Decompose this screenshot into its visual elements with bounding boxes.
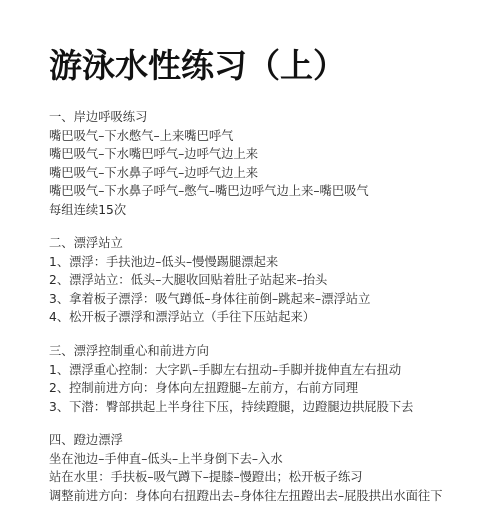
section-line: 3、拿着板子漂浮：吸气蹲低–身体往前倒–跳起来–漂浮站立 [49, 290, 370, 309]
section-line: 调整前进方向：身体向右扭蹬出去–身体往左扭蹬出去–屁股拱出水面往下 [49, 487, 443, 506]
section-float-control: 三、漂浮控制重心和前进方向 1、漂浮重心控制：大字趴–手脚左右扭动–手脚并拢伸直… [49, 342, 413, 416]
section-line: 2、控制前进方向：身体向左扭蹬腿–左前方，右前方同理 [49, 379, 413, 398]
section-line: 1、漂浮重心控制：大字趴–手脚左右扭动–手脚并拢伸直左右扭动 [49, 361, 413, 380]
section-push-off-float: 四、蹬边漂浮 坐在池边–手伸直–低头–上半身倒下去–入水 站在水里：手扶板–吸气… [49, 431, 443, 505]
page-title: 游泳水性练习（上） [49, 46, 346, 86]
section-shore-breathing: 一、岸边呼吸练习 嘴巴吸气–下水憋气–上来嘴巴呼气 嘴巴吸气–下水嘴巴呼气–边呼… [49, 108, 369, 220]
section-line: 嘴巴吸气–下水鼻子呼气–边呼气边上来 [49, 164, 369, 183]
section-line: 1、漂浮：手扶池边–低头–慢慢踢腿漂起来 [49, 253, 370, 272]
section-line: 3、下潜：臀部拱起上半身往下压，持续蹬腿，边蹬腿边拱屁股下去 [49, 398, 413, 417]
section-line: 坐在池边–手伸直–低头–上半身倒下去–入水 [49, 450, 443, 469]
document-page: 游泳水性练习（上） 一、岸边呼吸练习 嘴巴吸气–下水憋气–上来嘴巴呼气 嘴巴吸气… [0, 0, 500, 528]
section-line: 每组连续15次 [49, 201, 369, 220]
section-float-stand: 二、漂浮站立 1、漂浮：手扶池边–低头–慢慢踢腿漂起来 2、漂浮站立：低头–大腿… [49, 234, 370, 327]
section-line: 站在水里：手扶板–吸气蹲下–提膝–慢蹬出；松开板子练习 [49, 468, 443, 487]
section-line: 嘴巴吸气–下水憋气–上来嘴巴呼气 [49, 127, 369, 146]
section-line: 嘴巴吸气–下水鼻子呼气–憋气–嘴巴边呼气边上来–嘴巴吸气 [49, 182, 369, 201]
section-line: 嘴巴吸气–下水嘴巴呼气–边呼气边上来 [49, 145, 369, 164]
section-line: 2、漂浮站立：低头–大腿收回贴着肚子站起来–抬头 [49, 271, 370, 290]
section-heading: 四、蹬边漂浮 [49, 431, 443, 450]
section-line: 4、松开板子漂浮和漂浮站立（手往下压站起来） [49, 308, 370, 327]
section-heading: 三、漂浮控制重心和前进方向 [49, 342, 413, 361]
section-heading: 二、漂浮站立 [49, 234, 370, 253]
section-heading: 一、岸边呼吸练习 [49, 108, 369, 127]
